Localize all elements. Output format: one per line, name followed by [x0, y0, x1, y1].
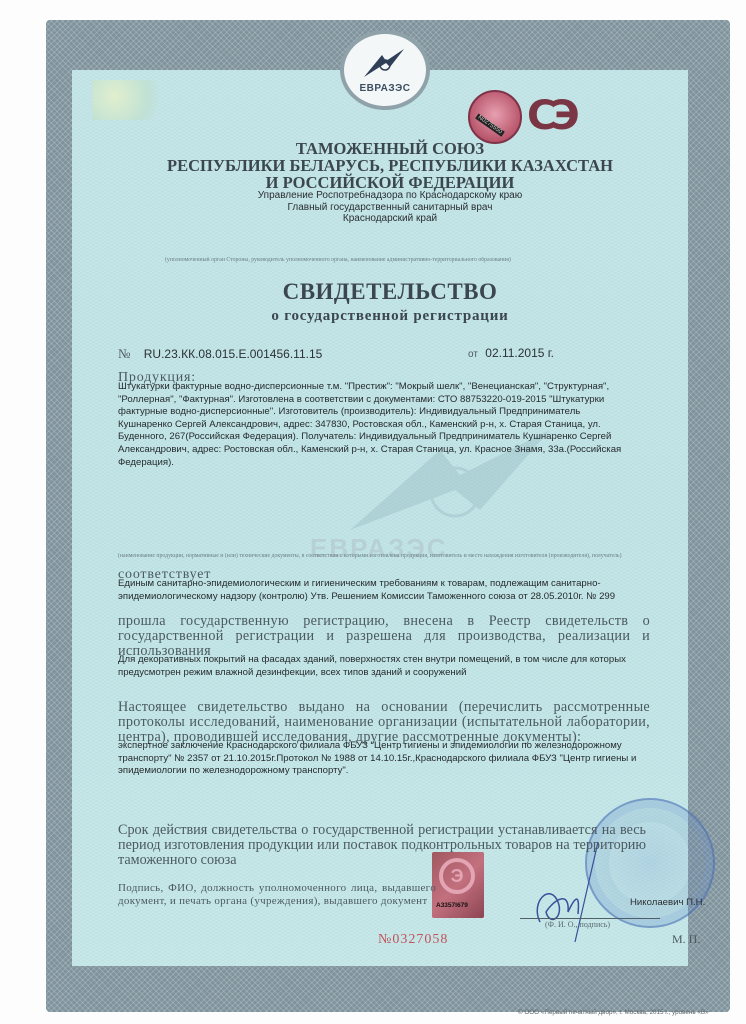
issuer-authority: Управление Роспотребнадзора по Краснодар…: [100, 190, 680, 225]
number-sign: №: [118, 346, 130, 361]
product-description: Штукатурки фактурные водно-дисперсионные…: [118, 381, 626, 469]
eurasec-emblem: ЕВРАЗЭС: [340, 30, 430, 110]
signer-name: Николаевич П.Н.: [630, 897, 705, 908]
issuer-line: Краснодарский край: [100, 213, 680, 225]
hologram-pattern: [92, 80, 167, 120]
basis-documents: экспертное заключение Краснодарского фил…: [118, 740, 638, 778]
eurasec-emblem-icon: [360, 47, 410, 81]
usage-scope: Для декоративных покрытий на фасадах зда…: [118, 654, 638, 679]
hologram-sticker-serial: A3357I679: [436, 902, 468, 909]
registration-date-row: от 02.11.2015 г.: [468, 346, 554, 360]
title-line: РЕСПУБЛИКИ БЕЛАРУСЬ, РЕСПУБЛИКИ КАЗАХСТА…: [100, 157, 680, 174]
title-line: ТАМОЖЕННЫЙ СОЮЗ: [100, 140, 680, 157]
registration-number-row: № RU.23.КК.08.015.Е.001456.11.15: [118, 346, 322, 362]
fio-caption: (Ф. И. О., подпись): [545, 920, 610, 929]
emblem-label: ЕВРАЗЭС: [359, 83, 410, 94]
title-line: И РОССИЙСКОЙ ФЕДЕРАЦИИ: [100, 174, 680, 191]
issuer-line: Главный государственный санитарный врач: [100, 202, 680, 214]
registration-number: RU.23.КК.08.015.Е.001456.11.15: [144, 347, 323, 361]
certificate-title: СВИДЕТЕЛЬСТВО: [100, 279, 680, 305]
seal-place-label: М. П.: [672, 932, 700, 947]
date-prefix: от: [468, 349, 478, 360]
watermark-label: ЕВРАЗЭС: [310, 533, 448, 564]
issuer-caption: (уполномоченный орган Стороны, руководит…: [165, 257, 625, 263]
eac-se-mark-icon: СЭ: [527, 96, 574, 136]
certificate-subtitle: о государственной регистрации: [100, 308, 680, 325]
signature-label: Подпись, ФИО, должность уполномоченного …: [118, 882, 436, 907]
hologram-seal-icon: N0275550: [468, 90, 522, 144]
printer-imprint: © ООО «Первый печатный двор», г. Москва,…: [518, 1009, 709, 1016]
registration-statement: прошла государственную регистрацию, внес…: [118, 614, 650, 659]
product-caption: (наименование продукции, нормативные и (…: [118, 553, 658, 559]
blank-serial-number: №0327058: [378, 932, 448, 948]
issuer-union-title: ТАМОЖЕННЫЙ СОЮЗ РЕСПУБЛИКИ БЕЛАРУСЬ, РЕС…: [100, 140, 680, 191]
issuer-line: Управление Роспотребнадзора по Краснодар…: [100, 190, 680, 202]
hologram-serial: N0275550: [475, 113, 504, 136]
hologram-sticker: Э A3357I679: [432, 852, 484, 918]
signature-line: [520, 918, 660, 919]
basis-statement: Настоящее свидетельство выдано на основа…: [118, 700, 650, 745]
compliance-text: Единым санитарно-эпидемиологическим и ги…: [118, 578, 638, 603]
registration-date: 02.11.2015 г.: [485, 346, 554, 360]
hologram-se-icon: Э: [439, 858, 475, 894]
